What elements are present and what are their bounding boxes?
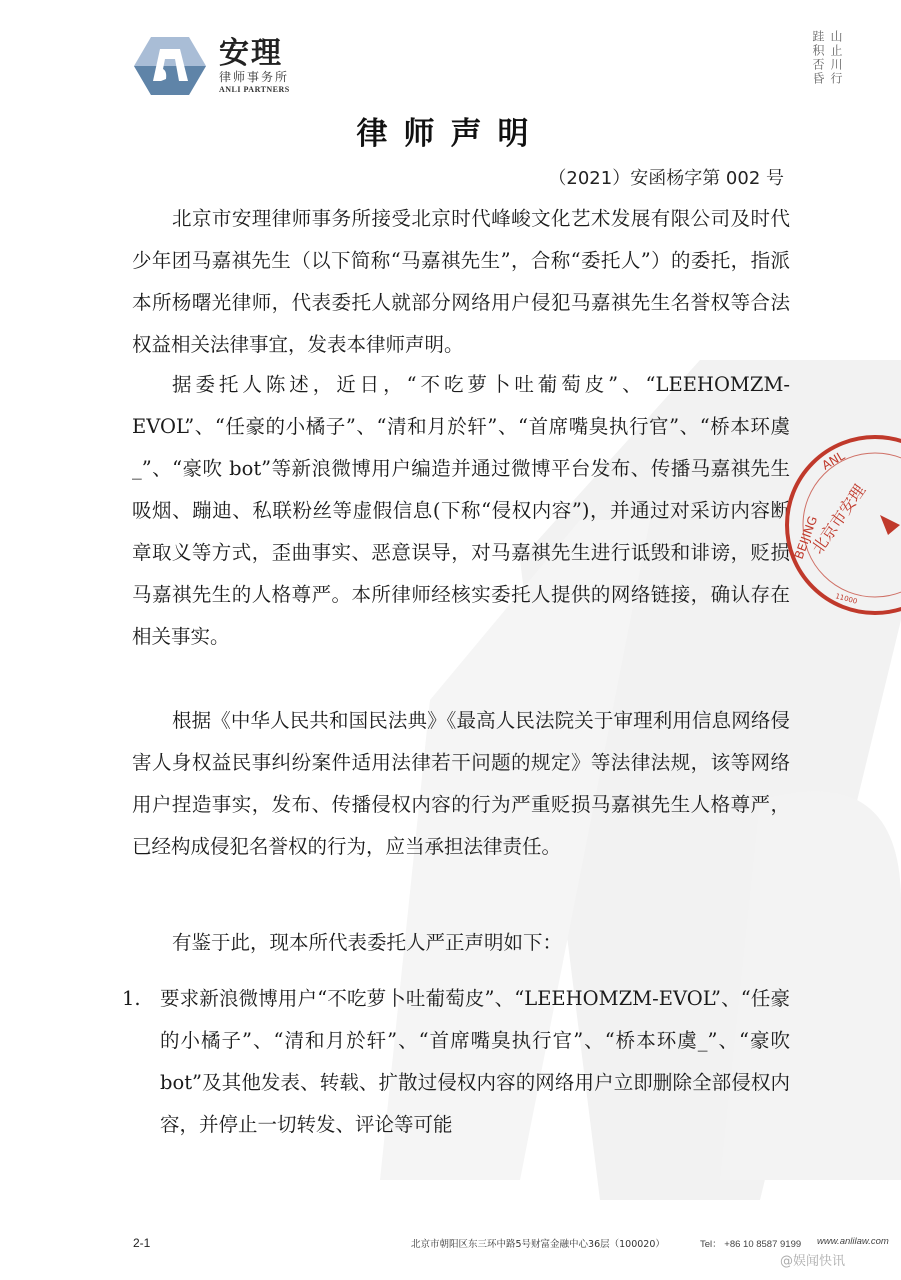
paragraph-text: 有鉴于此，现本所代表委托人严正声明如下： bbox=[132, 922, 790, 964]
footer-address: 北京市朝阳区东三环中路5号财富金融中心36层（100020） bbox=[411, 1236, 665, 1250]
legal-statement-page: 安理 律师事务所 ANLI PARTNERS 山止川行 跬积否昏 律师声明 （2… bbox=[0, 0, 901, 1280]
red-seal-stamp-icon: BEIJING ANL 北京市安理 11000 bbox=[780, 430, 901, 620]
page-number: 2-1 bbox=[133, 1236, 150, 1250]
calligraphy-column-2: 跬积否昏 bbox=[811, 30, 825, 86]
weibo-watermark: @娱闻快讯 bbox=[780, 1250, 845, 1269]
paragraph-text: 根据《中华人民共和国民法典》《最高人民法院关于审理利用信息网络侵害人身权益民事纠… bbox=[132, 700, 790, 868]
calligraphy-motto: 山止川行 跬积否昏 bbox=[727, 30, 843, 86]
firm-logo: 安理 律师事务所 ANLI PARTNERS bbox=[133, 35, 290, 97]
paragraph-2: 据委托人陈述，近日，“不吃萝卜吐葡萄皮”、“LEEHOMZM-EVOL”、“任豪… bbox=[132, 364, 790, 658]
paragraph-text: 北京市安理律师事务所接受北京时代峰峻文化艺术发展有限公司及时代少年团马嘉祺先生（… bbox=[132, 198, 790, 366]
logo-name-cn: 安理 bbox=[219, 38, 290, 70]
calligraphy-column-1: 山止川行 bbox=[829, 30, 843, 86]
item-number: 1. bbox=[122, 978, 141, 1020]
paragraph-4: 有鉴于此，现本所代表委托人严正声明如下： bbox=[132, 922, 790, 964]
document-title: 律师声明 bbox=[0, 108, 901, 153]
logo-subtitle-cn: 律师事务所 bbox=[219, 70, 290, 85]
document-number: （2021）安函杨字第 002 号 bbox=[548, 164, 784, 190]
logo-name-en: ANLI PARTNERS bbox=[219, 85, 290, 95]
footer-telephone: Tel： +86 10 8587 9199 bbox=[700, 1236, 801, 1250]
paragraph-1: 北京市安理律师事务所接受北京时代峰峻文化艺术发展有限公司及时代少年团马嘉祺先生（… bbox=[132, 198, 790, 366]
paragraph-text: 据委托人陈述，近日，“不吃萝卜吐葡萄皮”、“LEEHOMZM-EVOL”、“任豪… bbox=[132, 364, 790, 658]
item-text: 要求新浪微博用户“不吃萝卜吐葡萄皮”、“LEEHOMZM-EVOL”、“任豪的小… bbox=[160, 978, 790, 1146]
footer-website: www.anlilaw.com bbox=[817, 1236, 889, 1247]
statement-item-1: 1. 要求新浪微博用户“不吃萝卜吐葡萄皮”、“LEEHOMZM-EVOL”、“任… bbox=[122, 978, 790, 1146]
paragraph-3: 根据《中华人民共和国民法典》《最高人民法院关于审理利用信息网络侵害人身权益民事纠… bbox=[132, 700, 790, 868]
anli-hexagon-logo-icon bbox=[133, 35, 207, 97]
